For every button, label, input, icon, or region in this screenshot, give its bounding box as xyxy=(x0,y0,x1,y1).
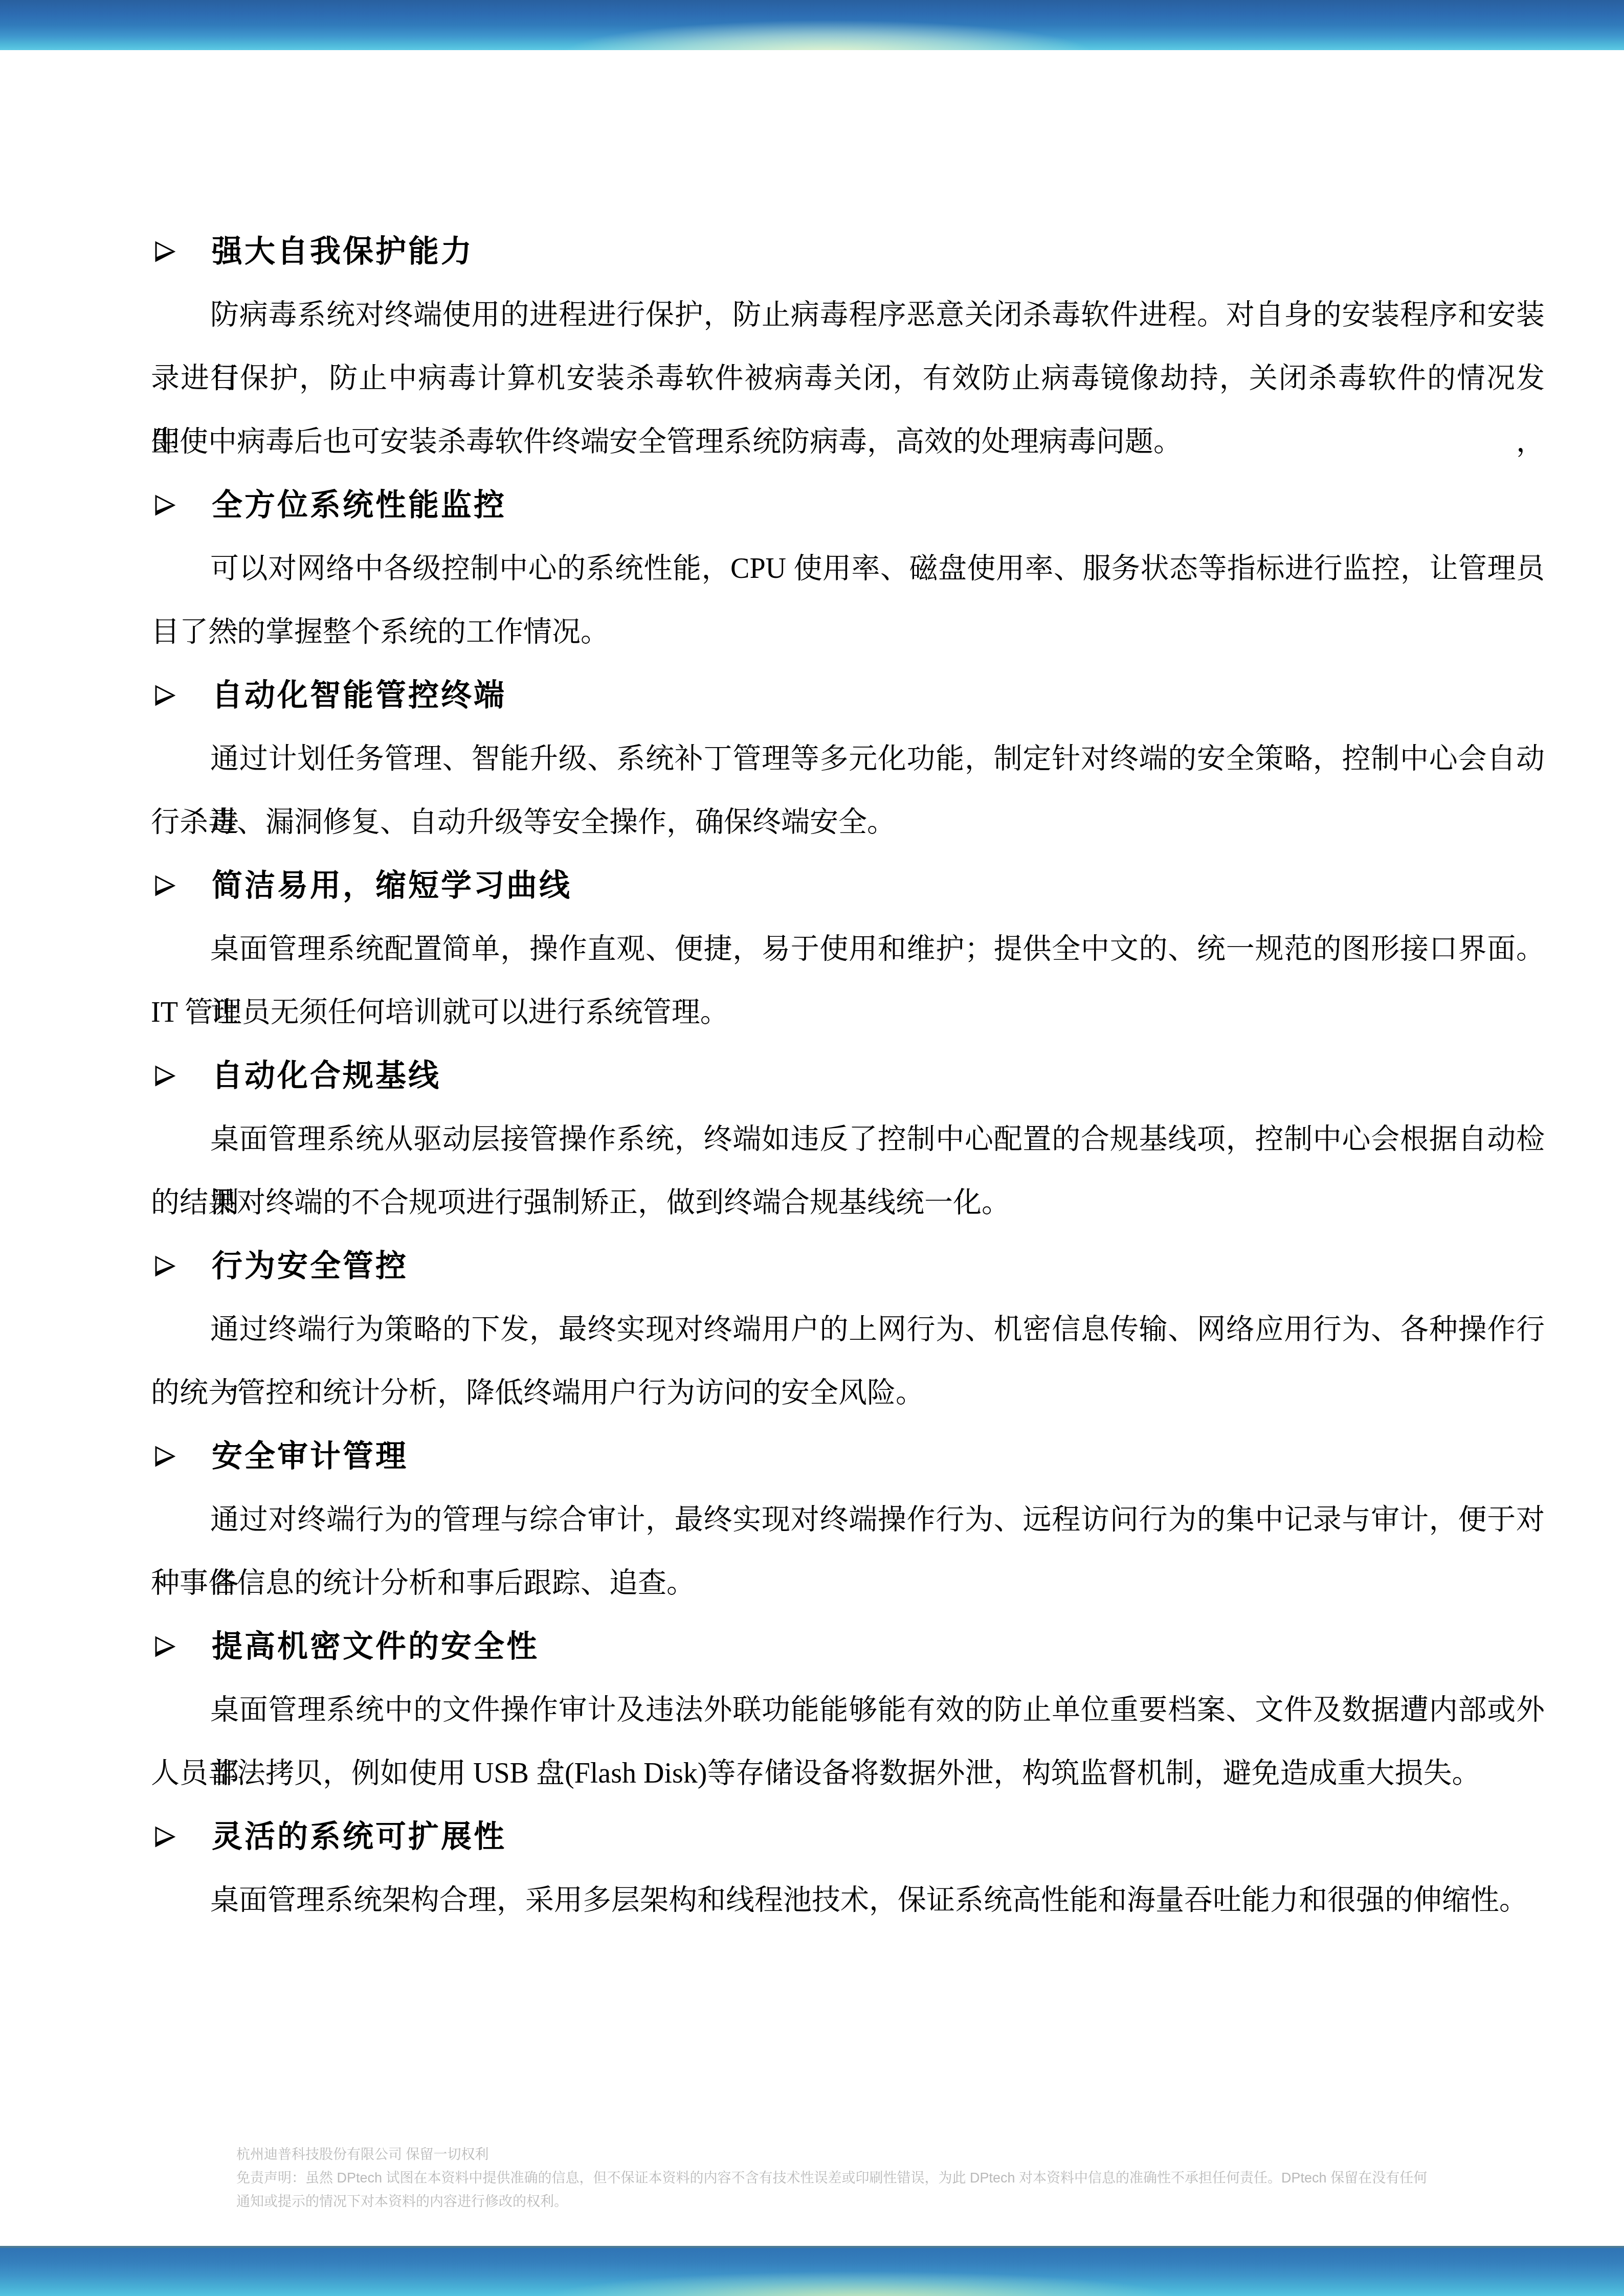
paragraph-line: 录进行保护，防止中病毒计算机安装杀毒软件被病毒关闭，有效防止病毒镜像劫持，关闭杀… xyxy=(151,347,1545,410)
section-heading-row-2: 全方位系统性能监控 xyxy=(151,474,1545,537)
paragraph-line: 通过计划任务管理、智能升级、系统补丁管理等多元化功能，制定针对终端的安全策略，控… xyxy=(151,727,1545,791)
arrowhead-right-icon xyxy=(154,1826,176,1848)
section-heading-row-6: 行为安全管控 xyxy=(151,1234,1545,1298)
section-heading-row-5: 自动化合规基线 xyxy=(151,1044,1545,1108)
paragraph-line: 桌面管理系统架构合理，采用多层架构和线程池技术，保证系统高性能和海量吞吐能力和很… xyxy=(151,1869,1545,1932)
arrowhead-right-icon xyxy=(154,494,176,516)
section-heading: 行为安全管控 xyxy=(212,1234,408,1298)
paragraph-line: IT 管理员无须任何培训就可以进行系统管理。 xyxy=(151,981,1545,1044)
paragraph-line: 防病毒系统对终端使用的进程进行保护，防止病毒程序恶意关闭杀毒软件进程。对自身的安… xyxy=(151,283,1545,347)
paragraph-line: 种事件信息的统计分析和事后跟踪、追查。 xyxy=(151,1551,1545,1615)
section-heading-row-8: 提高机密文件的安全性 xyxy=(151,1615,1545,1678)
footer-gradient-bar xyxy=(0,2246,1624,2296)
feature-list: 强大自我保护能力防病毒系统对终端使用的进程进行保护，防止病毒程序恶意关闭杀毒软件… xyxy=(151,220,1545,1932)
section-heading-row-9: 灵活的系统可扩展性 xyxy=(151,1805,1545,1869)
arrowhead-right-icon xyxy=(154,684,176,707)
section-heading: 提高机密文件的安全性 xyxy=(212,1615,539,1678)
header-gradient-bar xyxy=(0,0,1624,50)
section-heading-row-4: 简洁易用，缩短学习曲线 xyxy=(151,854,1545,917)
paragraph-line: 的结果对终端的不合规项进行强制矫正，做到终端合规基线统一化。 xyxy=(151,1171,1545,1234)
section-heading: 自动化智能管控终端 xyxy=(212,664,506,727)
arrowhead-right-icon xyxy=(154,240,176,263)
arrowhead-right-icon xyxy=(154,1635,176,1658)
paragraph-line: 通过对终端行为的管理与综合审计，最终实现对终端操作行为、远程访问行为的集中记录与… xyxy=(151,1488,1545,1551)
paragraph-line: 目了然的掌握整个系统的工作情况。 xyxy=(151,600,1545,664)
section-heading: 全方位系统性能监控 xyxy=(212,474,506,537)
paragraph-line: 桌面管理系统从驱动层接管操作系统，终端如违反了控制中心配置的合规基线项，控制中心… xyxy=(151,1108,1545,1171)
footer-disclaimer-line-1: 免责声明：虽然 DPtech 试图在本资料中提供准确的信息，但不保证本资料的内容… xyxy=(236,2166,1515,2190)
paragraph-line: 桌面管理系统配置简单，操作直观、便捷，易于使用和维护；提供全中文的、统一规范的图… xyxy=(151,917,1545,981)
paragraph-line: 通过终端行为策略的下发，最终实现对终端用户的上网行为、机密信息传输、网络应用行为… xyxy=(151,1298,1545,1361)
section-heading: 安全审计管理 xyxy=(212,1425,408,1488)
section-heading-row-3: 自动化智能管控终端 xyxy=(151,664,1545,727)
footer: 杭州迪普科技股份有限公司 保留一切权利 免责声明：虽然 DPtech 试图在本资… xyxy=(236,2143,1515,2213)
section-heading-row-7: 安全审计管理 xyxy=(151,1425,1545,1488)
section-heading: 灵活的系统可扩展性 xyxy=(212,1805,506,1869)
section-heading: 强大自我保护能力 xyxy=(212,220,474,283)
footer-disclaimer-line-2: 通知或提示的情况下对本资料的内容进行修改的权利。 xyxy=(236,2190,1515,2213)
paragraph-line: 的统一管控和统计分析，降低终端用户行为访问的安全风险。 xyxy=(151,1361,1545,1425)
arrowhead-right-icon xyxy=(154,1445,176,1468)
arrowhead-right-icon xyxy=(154,1255,176,1277)
document-page: 强大自我保护能力防病毒系统对终端使用的进程进行保护，防止病毒程序恶意关闭杀毒软件… xyxy=(0,0,1624,2296)
arrowhead-right-icon xyxy=(154,874,176,897)
paragraph-line: 桌面管理系统中的文件操作审计及违法外联功能能够能有效的防止单位重要档案、文件及数… xyxy=(151,1678,1545,1742)
paragraph-line: 人员非法拷贝，例如使用 USB 盘(Flash Disk)等存储设备将数据外泄，… xyxy=(151,1742,1545,1805)
section-heading-row-1: 强大自我保护能力 xyxy=(151,220,1545,283)
paragraph-line: 行杀毒、漏洞修复、自动升级等安全操作，确保终端安全。 xyxy=(151,791,1545,854)
section-heading: 简洁易用，缩短学习曲线 xyxy=(212,854,572,917)
footer-company-line: 杭州迪普科技股份有限公司 保留一切权利 xyxy=(236,2143,1515,2166)
paragraph-line: 可以对网络中各级控制中心的系统性能，CPU 使用率、磁盘使用率、服务状态等指标进… xyxy=(151,537,1545,600)
section-heading: 自动化合规基线 xyxy=(212,1044,441,1108)
arrowhead-right-icon xyxy=(154,1065,176,1087)
